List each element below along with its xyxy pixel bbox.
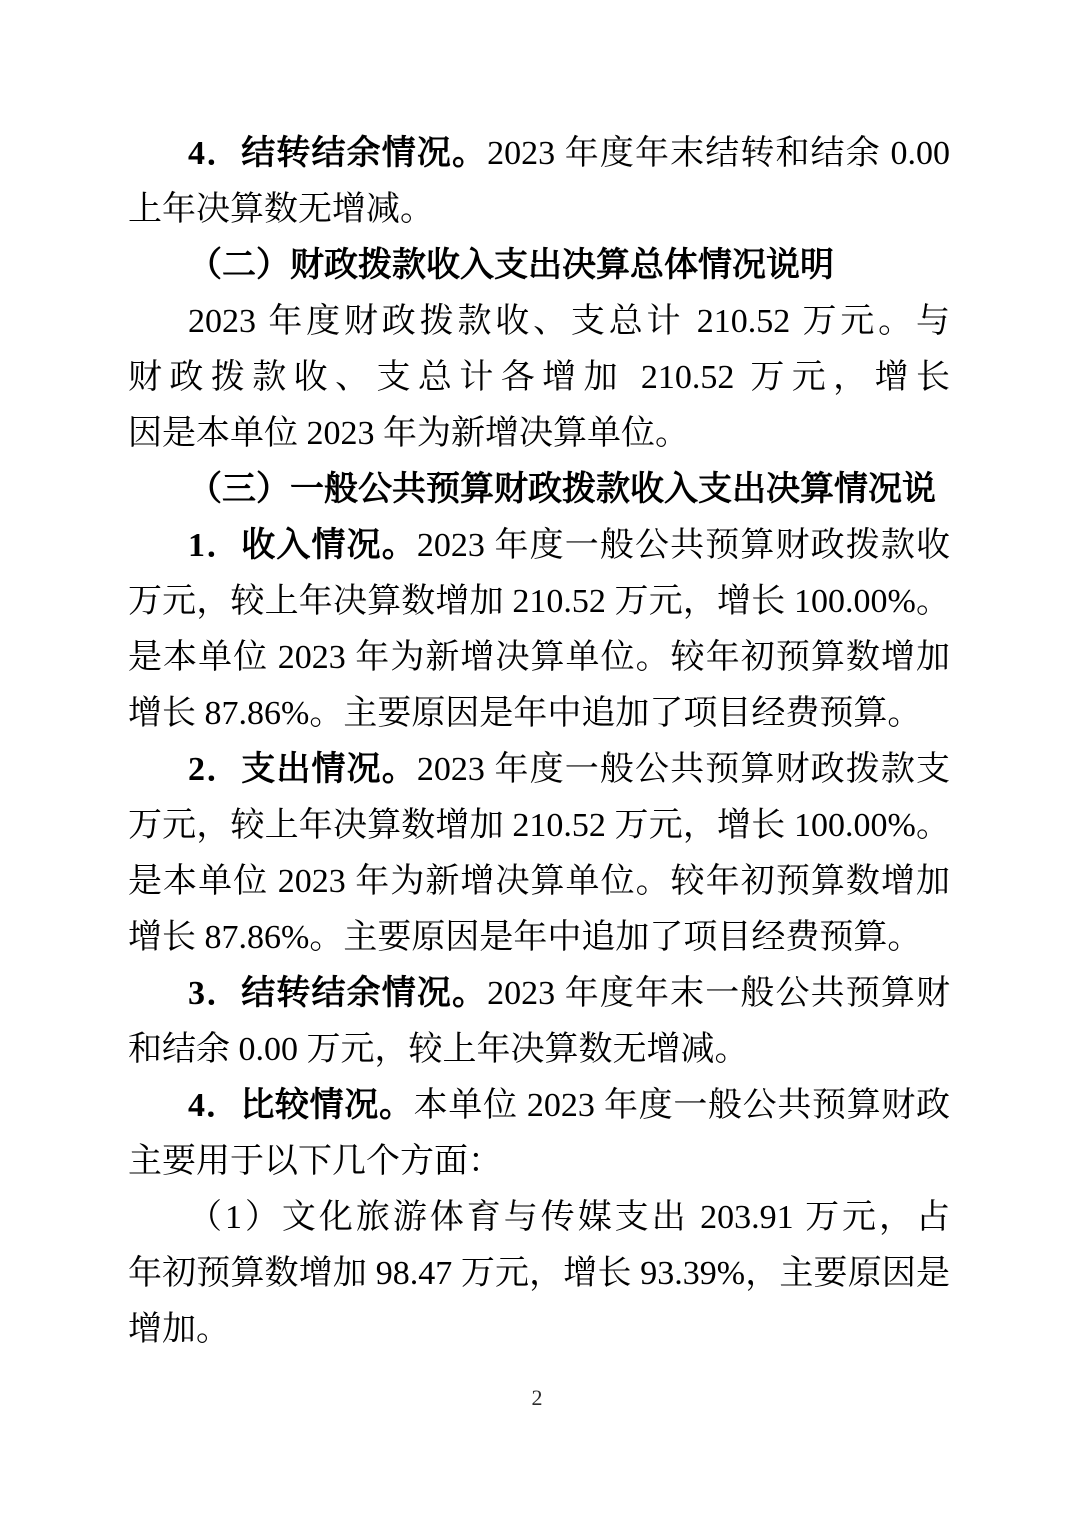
document-page: 4．结转结余情况。2023 年度年末结转和结余 0.00 万元，较上年决算数无增… [0,0,1074,1520]
body-text: 万元，较上年决算数增加 210.52 万元，增长 100.00%。主要原因 [128,807,950,854]
heading-text: 4．比较情况。 [188,1087,414,1124]
document-line: 增长 87.86%。主要原因是年中追加了项目经费预算。 [128,910,950,966]
document-line: 增加。 [128,1302,950,1358]
document-line: 4．结转结余情况。2023 年度年末结转和结余 0.00 万元，较 [128,126,950,182]
document-line: （三）一般公共预算财政拨款收入支出决算情况说明 [128,462,950,518]
document-line: 和结余 0.00 万元，较上年决算数无增减。 [128,1022,950,1078]
document-line: 主要用于以下几个方面： [128,1134,950,1190]
heading-text: 2．支出情况。 [188,751,417,788]
heading-text: 4．结转结余情况。 [188,135,487,172]
document-line: 4．比较情况。本单位 2023 年度一般公共预算财政拨款支出 [128,1078,950,1134]
body-text: 年初预算数增加 98.47 万元，增长 93.39%，主要原因是项目支出 [128,1255,950,1302]
body-text: 上年决算数无增减。 [128,191,434,228]
document-line: 1．收入情况。2023 年度一般公共预算财政拨款收入 210.52 [128,518,950,574]
body-text: 和结余 0.00 万元，较上年决算数无增减。 [128,1031,749,1068]
body-text: 是本单位 2023 年为新增决算单位。较年初预算数增加 98.46 万元， [128,639,950,686]
body-text: 万元，较上年决算数增加 210.52 万元，增长 100.00%。主要原因 [128,583,950,630]
document-line: 2023 年度财政拨款收、支总计 210.52 万元。与 2022 年相比， [128,294,950,350]
body-text: 因是本单位 2023 年为新增决算单位。 [128,415,689,452]
body-text: （1）文化旅游体育与传媒支出 203.91 万元，占 96.86%，较 [128,1199,950,1246]
heading-text: 1．收入情况。 [188,527,417,564]
body-text: 主要用于以下几个方面： [128,1143,502,1180]
page-number: 2 [0,1384,1074,1412]
body-text: 增加。 [128,1311,230,1348]
heading-text: （三）一般公共预算财政拨款收入支出决算情况说明 [128,471,936,518]
document-body: 4．结转结余情况。2023 年度年末结转和结余 0.00 万元，较上年决算数无增… [128,126,950,1358]
body-text: 增长 87.86%。主要原因是年中追加了项目经费预算。 [128,919,921,956]
body-text: 是本单位 2023 年为新增决算单位。较年初预算数增加 98.46 万元， [128,863,950,910]
document-line: 3．结转结余情况。2023 年度年末一般公共预算财政拨款结转 [128,966,950,1022]
document-line: 财政拨款收、支总计各增加 210.52 万元，增长 100.00%。主要原 [128,350,950,406]
document-line: 是本单位 2023 年为新增决算单位。较年初预算数增加 98.46 万元， [128,630,950,686]
heading-text: （二）财政拨款收入支出决算总体情况说明 [188,247,834,284]
document-line: 因是本单位 2023 年为新增决算单位。 [128,406,950,462]
document-line: 上年决算数无增减。 [128,182,950,238]
document-line: （二）财政拨款收入支出决算总体情况说明 [128,238,950,294]
document-line: 万元，较上年决算数增加 210.52 万元，增长 100.00%。主要原因 [128,798,950,854]
body-text: 财政拨款收、支总计各增加 210.52 万元，增长 100.00%。主要原 [128,359,950,406]
heading-text: 3．结转结余情况。 [188,975,487,1012]
document-line: 增长 87.86%。主要原因是年中追加了项目经费预算。 [128,686,950,742]
document-line: 2．支出情况。2023 年度一般公共预算财政拨款支出 210.52 [128,742,950,798]
document-line: 年初预算数增加 98.47 万元，增长 93.39%，主要原因是项目支出 [128,1246,950,1302]
body-text: 2023 年度财政拨款收、支总计 210.52 万元。与 2022 年相比， [128,303,950,350]
document-line: 万元，较上年决算数增加 210.52 万元，增长 100.00%。主要原因 [128,574,950,630]
document-line: （1）文化旅游体育与传媒支出 203.91 万元，占 96.86%，较 [128,1190,950,1246]
body-text: 增长 87.86%。主要原因是年中追加了项目经费预算。 [128,695,921,732]
document-line: 是本单位 2023 年为新增决算单位。较年初预算数增加 98.46 万元， [128,854,950,910]
